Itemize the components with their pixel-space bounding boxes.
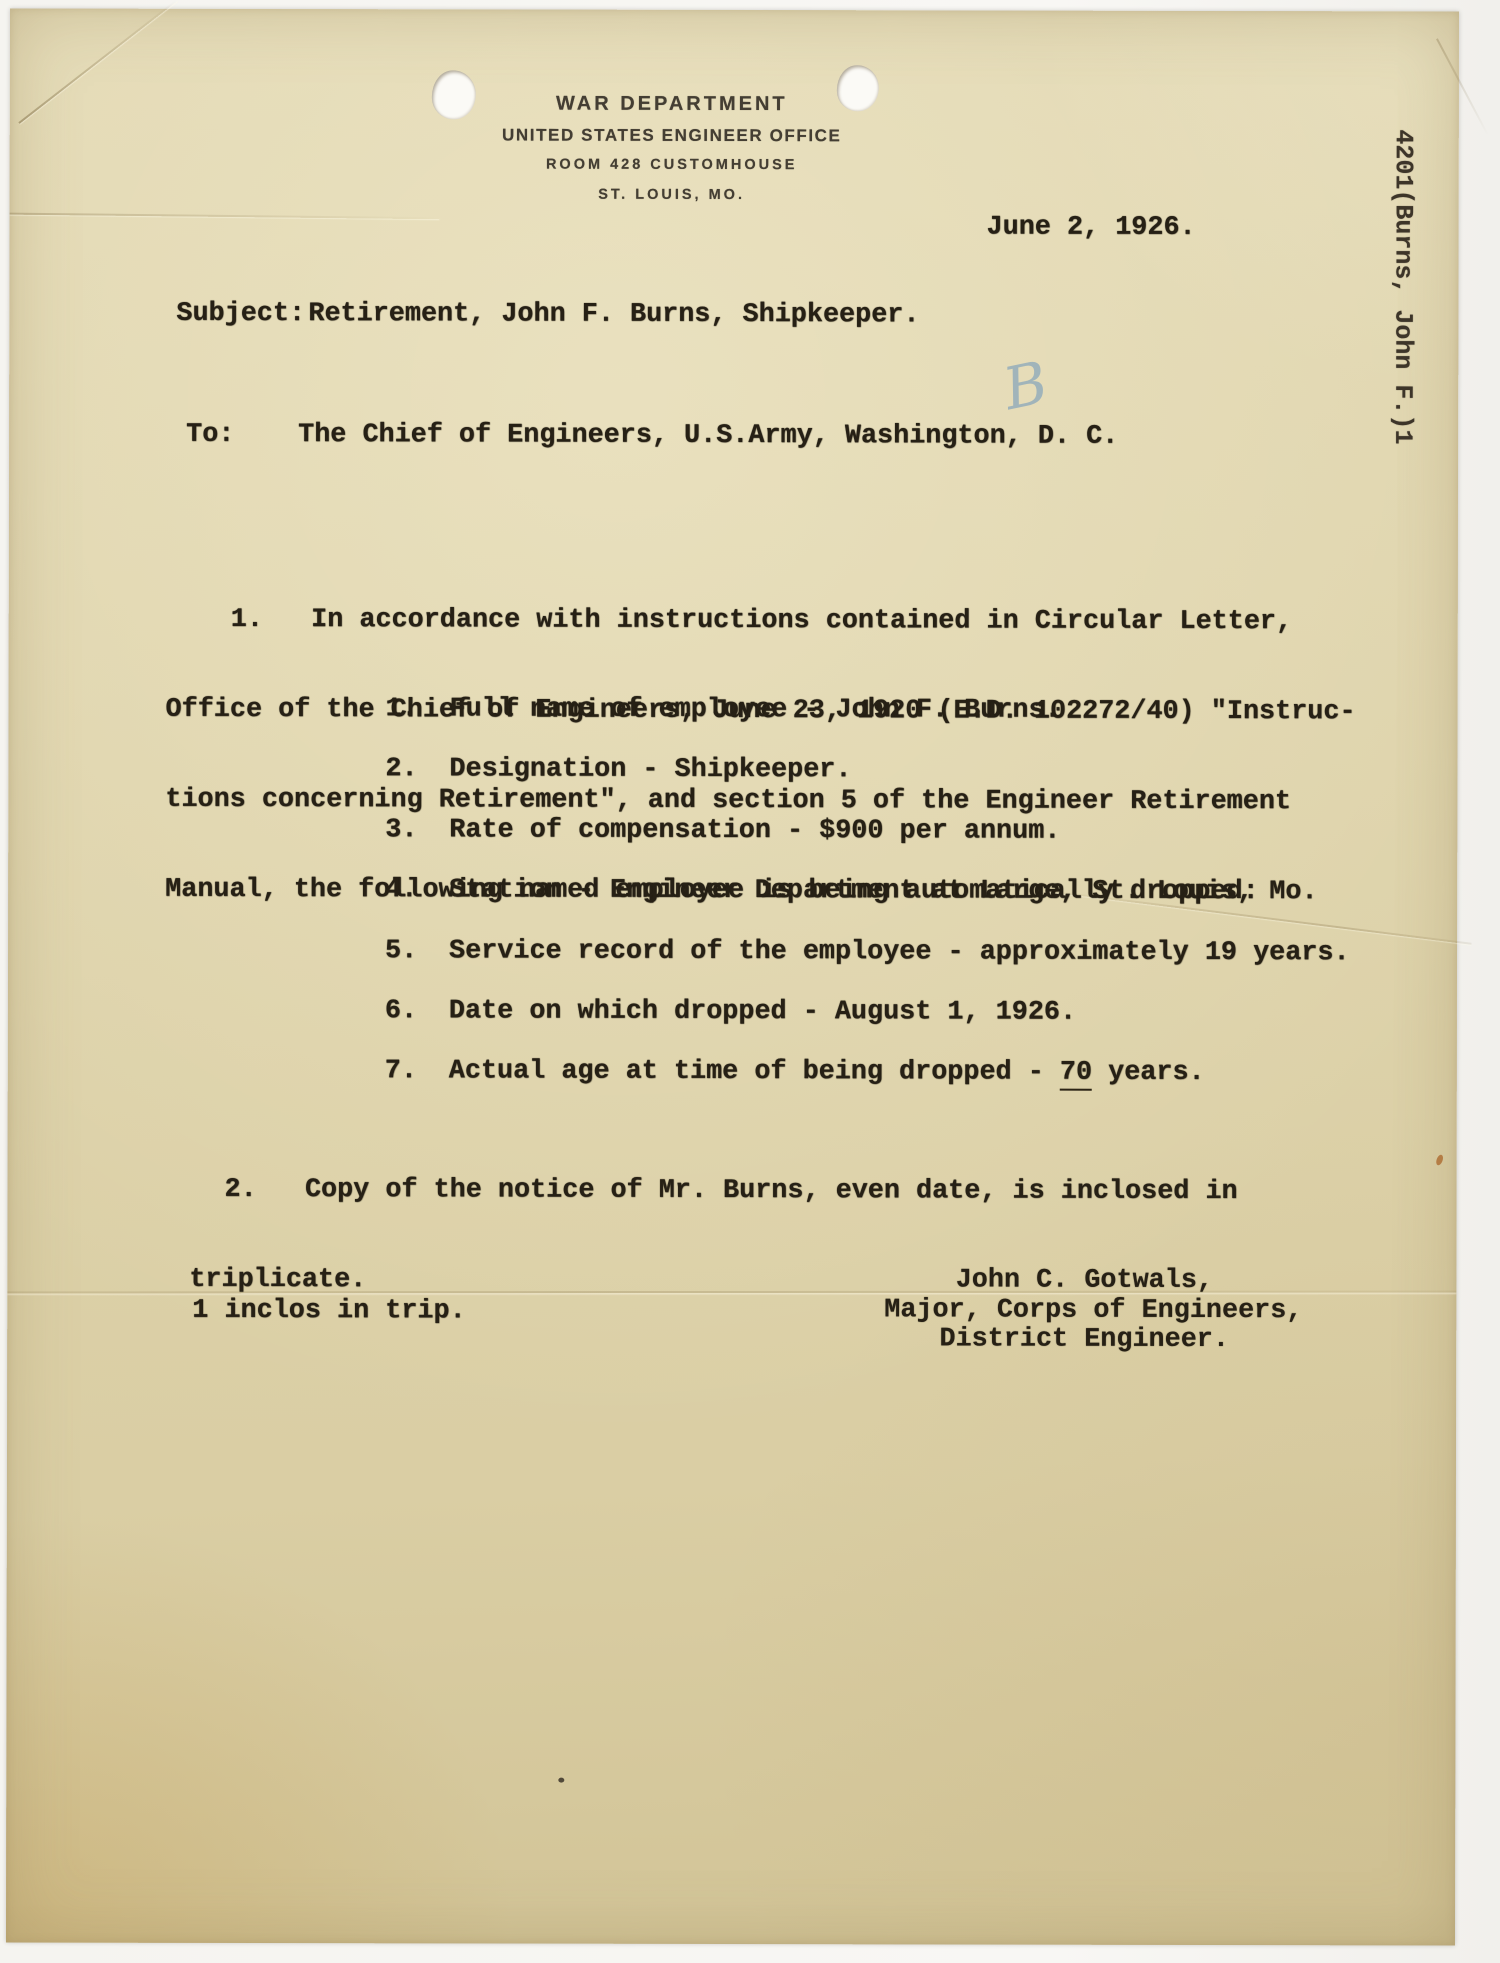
list-item-3-text: Rate of compensation - $900 per annum. <box>449 815 1060 846</box>
rust-speck <box>1435 1154 1444 1166</box>
list-item-3: 3.Rate of compensation - $900 per annum. <box>385 815 1060 846</box>
enclosure-note: 1 inclos in trip. <box>192 1296 465 1327</box>
list-item-7-text-post: years. <box>1092 1058 1205 1088</box>
letterhead-city: ST. LOUIS, MO. <box>422 186 922 203</box>
list-item-2-number: 2. <box>385 754 449 784</box>
date-line: June 2, 1926. <box>987 213 1196 243</box>
handwritten-mark-b: B <box>998 348 1054 423</box>
document-page: WAR DEPARTMENT UNITED STATES ENGINEER OF… <box>6 8 1459 1945</box>
signature-name: John C. Gotwals, <box>884 1266 1284 1296</box>
paragraph-2-line-1: 2. Copy of the notice of Mr. Burns, even… <box>190 1175 1238 1207</box>
list-item-7-underlined-value: 70 <box>1060 1058 1092 1091</box>
signature-rank: Major, Corps of Engineers, <box>884 1296 1284 1326</box>
list-item-1-text: Full name of employee - John F. Burns. <box>450 694 1061 725</box>
subject-value: Retirement, John F. Burns, Shipkeeper. <box>308 299 919 330</box>
list-item-4: 4.Station - Engineer Department at Large… <box>385 875 1317 907</box>
paper-crease-upper <box>10 213 440 219</box>
letterhead-department: WAR DEPARTMENT <box>422 92 922 116</box>
list-item-5-number: 5. <box>385 936 449 966</box>
list-item-5-text: Service record of the employee - approxi… <box>449 936 1350 968</box>
list-item-1-number: 1. <box>386 694 450 724</box>
list-item-2: 2.Designation - Shipkeeper. <box>385 754 851 785</box>
list-item-7-text-pre: Actual age at time of being dropped - <box>449 1056 1060 1087</box>
list-item-7-number: 7. <box>385 1056 449 1086</box>
list-item-6: 6.Date on which dropped - August 1, 1926… <box>385 996 1076 1027</box>
file-reference-annotation: 4201(Burns, John F.)1 <box>1388 129 1418 444</box>
letterhead-office: UNITED STATES ENGINEER OFFICE <box>422 125 922 146</box>
paragraph-1-line-3: tions concerning Retirement", and sectio… <box>165 785 1355 817</box>
list-item-1: 1.Full name of employee - John F. Burns. <box>386 694 1061 725</box>
to-label: To: <box>186 420 234 450</box>
list-item-7: 7.Actual age at time of being dropped - … <box>385 1056 1205 1088</box>
list-item-6-number: 6. <box>385 996 449 1026</box>
ink-dot <box>558 1778 564 1783</box>
letterhead-room: ROOM 428 CUSTOMHOUSE <box>422 156 922 173</box>
list-item-4-number: 4. <box>385 875 449 905</box>
subject-label: Subject: <box>176 299 305 329</box>
paragraph-1-line-1: 1. In accordance with instructions conta… <box>166 605 1356 637</box>
paper-crease-top-left <box>18 0 177 124</box>
signature-block: John C. Gotwals, Major, Corps of Enginee… <box>884 1266 1284 1356</box>
list-item-4-text: Station - Engineer Department at Large, … <box>449 875 1317 907</box>
signature-title: District Engineer. <box>884 1326 1284 1356</box>
list-item-6-text: Date on which dropped - August 1, 1926. <box>449 996 1076 1027</box>
list-item-5: 5.Service record of the employee - appro… <box>385 936 1350 968</box>
list-item-2-text: Designation - Shipkeeper. <box>449 754 851 785</box>
list-item-3-number: 3. <box>385 815 449 845</box>
to-value: The Chief of Engineers, U.S.Army, Washin… <box>298 420 1118 452</box>
